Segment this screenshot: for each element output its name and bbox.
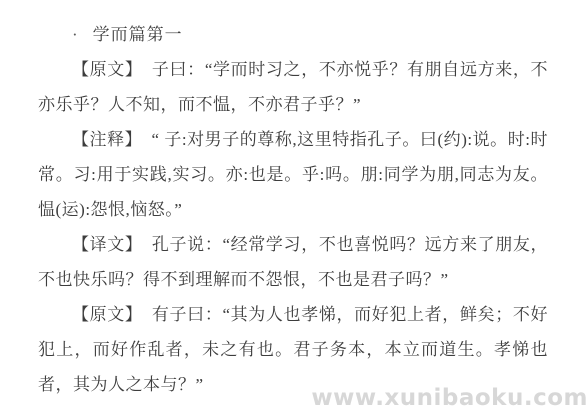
paragraph-label-original-1: 【原文】 — [72, 60, 143, 79]
paragraph-label-translation: 【译文】 — [72, 235, 143, 254]
document-page: ·学而篇第一 【原文】子曰：“学而时习之，不亦悦乎？有朋自远方来，不亦乐乎？人不… — [0, 0, 586, 412]
paragraph-label-annotation: 【注释】 — [72, 130, 142, 149]
paragraph-translation: 【译文】孔子说：“经常学习，不也喜悦吗？远方来了朋友，不也快乐吗？得不到理解而不… — [38, 227, 548, 297]
paragraph-annotation: 【注释】“ 子:对男子的尊称,这里特指孔子。曰(约):说。时:时常。习:用于实践… — [38, 122, 548, 227]
section-title: ·学而篇第一 — [38, 17, 548, 52]
title-text: 学而篇第一 — [93, 25, 183, 44]
paragraph-label-original-2: 【原文】 — [72, 305, 143, 324]
watermark: www.xunibaoku.com — [311, 385, 586, 411]
title-bullet: · — [72, 25, 79, 44]
paragraph-original-1: 【原文】子曰：“学而时习之，不亦悦乎？有朋自远方来，不亦乐乎？人不知，而不愠，不… — [38, 52, 548, 122]
